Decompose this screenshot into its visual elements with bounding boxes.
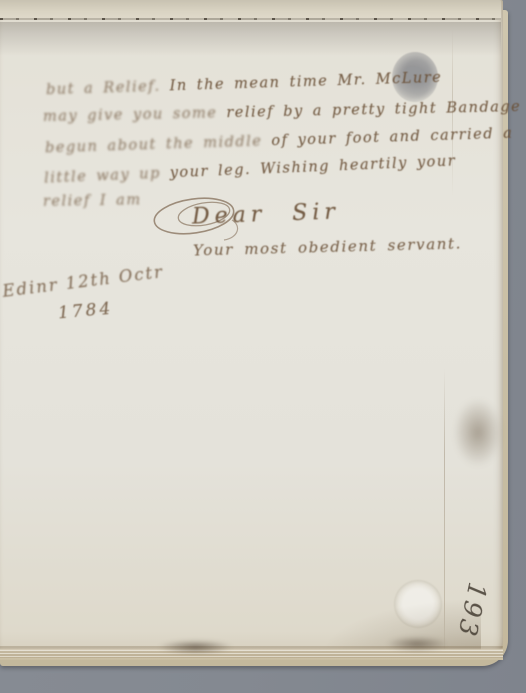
handwriting-line-1: but a Relief.In the mean time Mr. McLure <box>46 70 443 98</box>
handwriting-clear-segment: relief by a pretty tight Bandage <box>226 99 521 121</box>
photo-backdrop: but a Relief.In the mean time Mr. McLure… <box>0 0 526 693</box>
folio-number: 193 <box>450 572 493 648</box>
dateline-place: Edinr 12th Octr <box>1 262 165 301</box>
bottom-edge-stain-right <box>378 634 456 654</box>
paper-crease-upper <box>452 28 453 198</box>
closing-salutation: Dear Sir <box>192 199 341 229</box>
handwriting-smudged-segment: little way up <box>44 166 161 187</box>
page-top-edge-band <box>0 0 501 20</box>
dateline-year: 1784 <box>57 299 114 324</box>
handwriting-line-4: little way upyour leg. Wishing heartily … <box>44 153 457 186</box>
handwriting-clear-segment: of your foot and carried a <box>271 126 513 150</box>
page-top-shadow <box>0 22 501 56</box>
handwriting-smudged-segment: relief I am <box>43 192 142 210</box>
handwriting-smudged-segment: but a Relief. <box>46 79 161 99</box>
handwriting-smudged-segment: begun about the middle <box>45 134 263 157</box>
handwriting-clear-segment: your leg. Wishing heartily your <box>169 153 456 181</box>
handwriting-smudged-segment: may give you some <box>43 105 218 125</box>
right-edge-stain <box>446 393 504 481</box>
manuscript-page: but a Relief.In the mean time Mr. McLure… <box>0 0 503 658</box>
page-top-edge-line <box>0 18 501 20</box>
bottom-edge-stain-left <box>148 638 243 656</box>
handwriting-line-5: relief I am <box>43 192 151 210</box>
handwriting-line-3: begun about the middleof your foot and c… <box>45 126 514 157</box>
handwriting-line-2: may give you somerelief by a pretty tigh… <box>43 99 521 125</box>
